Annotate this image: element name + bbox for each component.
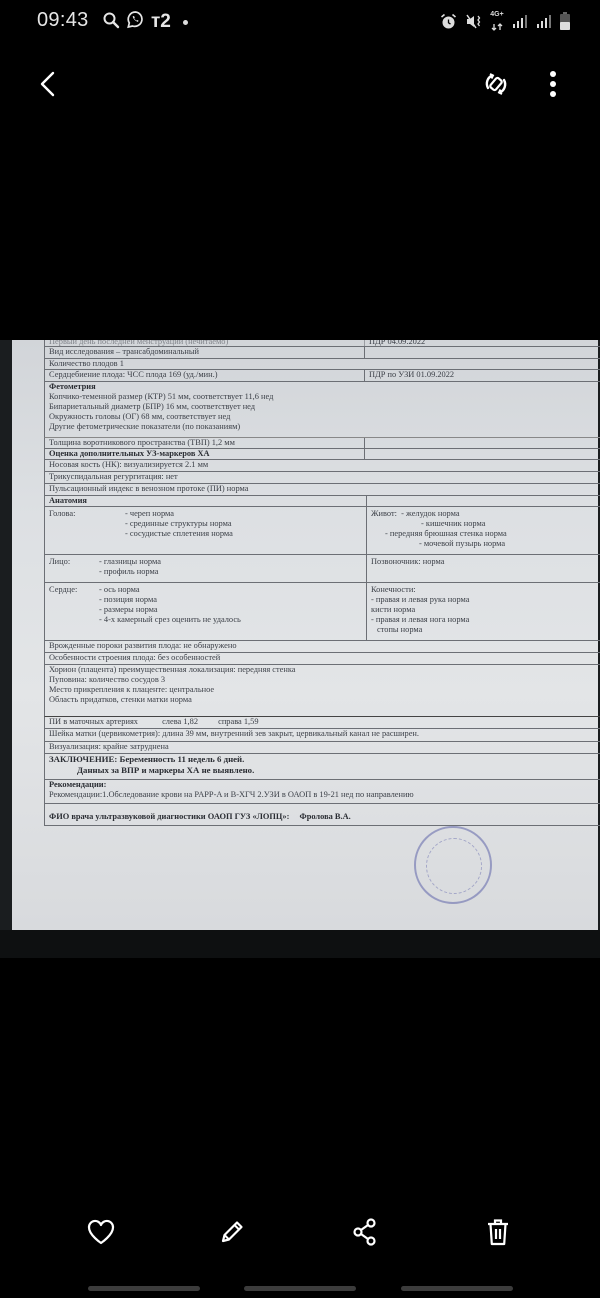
status-left-icons: т2 [102,10,188,34]
row-defects: Врожденные пороки развития плода: не обн… [44,641,600,653]
row-face-spine: Лицо: - глазницы норма - профиль норма П… [44,555,600,583]
row-anatomy-title: Анатомия [44,496,600,507]
share-icon [351,1217,379,1247]
row-cervix: Шейка матки (цервикометрия): длина 39 мм… [44,729,600,742]
favorite-button[interactable] [79,1210,123,1254]
mute-vibrate-icon [465,13,482,35]
heart-icon [86,1218,116,1246]
share-button[interactable] [343,1210,387,1254]
network-4g-plus-icon: 4G+ [490,11,504,36]
status-right-icons: 4G+ [440,11,570,36]
row-doctor: ФИО врача ультразвуковой диагностики ОАО… [44,804,600,826]
viewer-bottom-bar [0,1210,600,1266]
row-first-day: Первый день последней менструации (нечит… [44,340,600,347]
row-tvp: Толщина воротникового пространства (ТВП)… [44,438,600,449]
chevron-left-icon [38,71,58,97]
alarm-icon [440,13,457,35]
document-paper: Первый день последней менструации (нечит… [12,340,598,930]
battery-icon [560,12,570,35]
row-heart-limbs: Сердце: - ось норма - позиция норма - ра… [44,583,600,641]
trash-icon [485,1217,511,1247]
row-pi-venous: Пульсационный индекс в венозном протоке … [44,484,600,496]
row-pi-uterine: ПИ в маточных артериях слева 1,82 справа… [44,717,600,729]
row-nasal-bone: Носовая кость (НК): визуализируется 2.1 … [44,460,600,472]
pencil-icon [217,1217,247,1247]
gesture-hint-center [244,1286,356,1291]
row-exam-type: Вид исследования – трансабдоминальный [44,347,600,359]
row-structure: Особенности строения плода: без особенно… [44,653,600,665]
signal-sim2-icon [536,13,552,34]
gesture-hint-left [88,1286,200,1291]
section-conclusion: ЗАКЛЮЧЕНИЕ: Беременность 11 недель 6 дне… [44,754,600,780]
section-fetometry: Фетометрия Копчико-теменной размер (КТР)… [44,382,600,438]
search-icon [102,11,120,34]
signal-sim1-icon [512,13,528,34]
whatsapp-icon [126,10,145,34]
auto-rotate-icon [482,70,510,98]
ultrasound-report: Первый день последней менструации (нечит… [44,340,600,826]
carrier-label: т2 [151,11,171,33]
navigation-gesture-bar [0,1286,600,1292]
auto-rotate-button[interactable] [478,66,514,102]
section-placenta: Хорион (плацента) преимущественная локал… [44,665,600,717]
more-vertical-icon [549,70,557,98]
viewer-top-bar [0,56,600,112]
back-button[interactable] [30,66,66,102]
gesture-hint-right [401,1286,513,1291]
row-head-abdomen: Голова: - череп норма - срединные структ… [44,507,600,555]
photo-background-edge [0,930,600,958]
row-markers-title: Оценка дополнительных УЗ-маркеров ХА [44,449,600,460]
row-heartbeat: Сердцебиение плода: ЧСС плода 169 (уд./м… [44,370,600,382]
delete-button[interactable] [476,1210,520,1254]
section-recommendations: Рекомендации: Рекомендации:1.Обследовани… [44,780,600,804]
more-options-button[interactable] [538,66,568,102]
edit-button[interactable] [210,1210,254,1254]
row-tricuspid: Трикуспидальная регургитация: нет [44,472,600,484]
row-visualization: Визуализация: крайне затруднена [44,742,600,754]
notification-dot [183,20,188,25]
row-fetus-count: Количество плодов 1 [44,359,600,370]
photo-viewer-image[interactable]: Первый день последней менструации (нечит… [0,340,600,958]
status-bar: 09:43 т2 4G+ [0,0,600,42]
official-stamp [414,826,492,904]
status-time: 09:43 [37,9,89,32]
